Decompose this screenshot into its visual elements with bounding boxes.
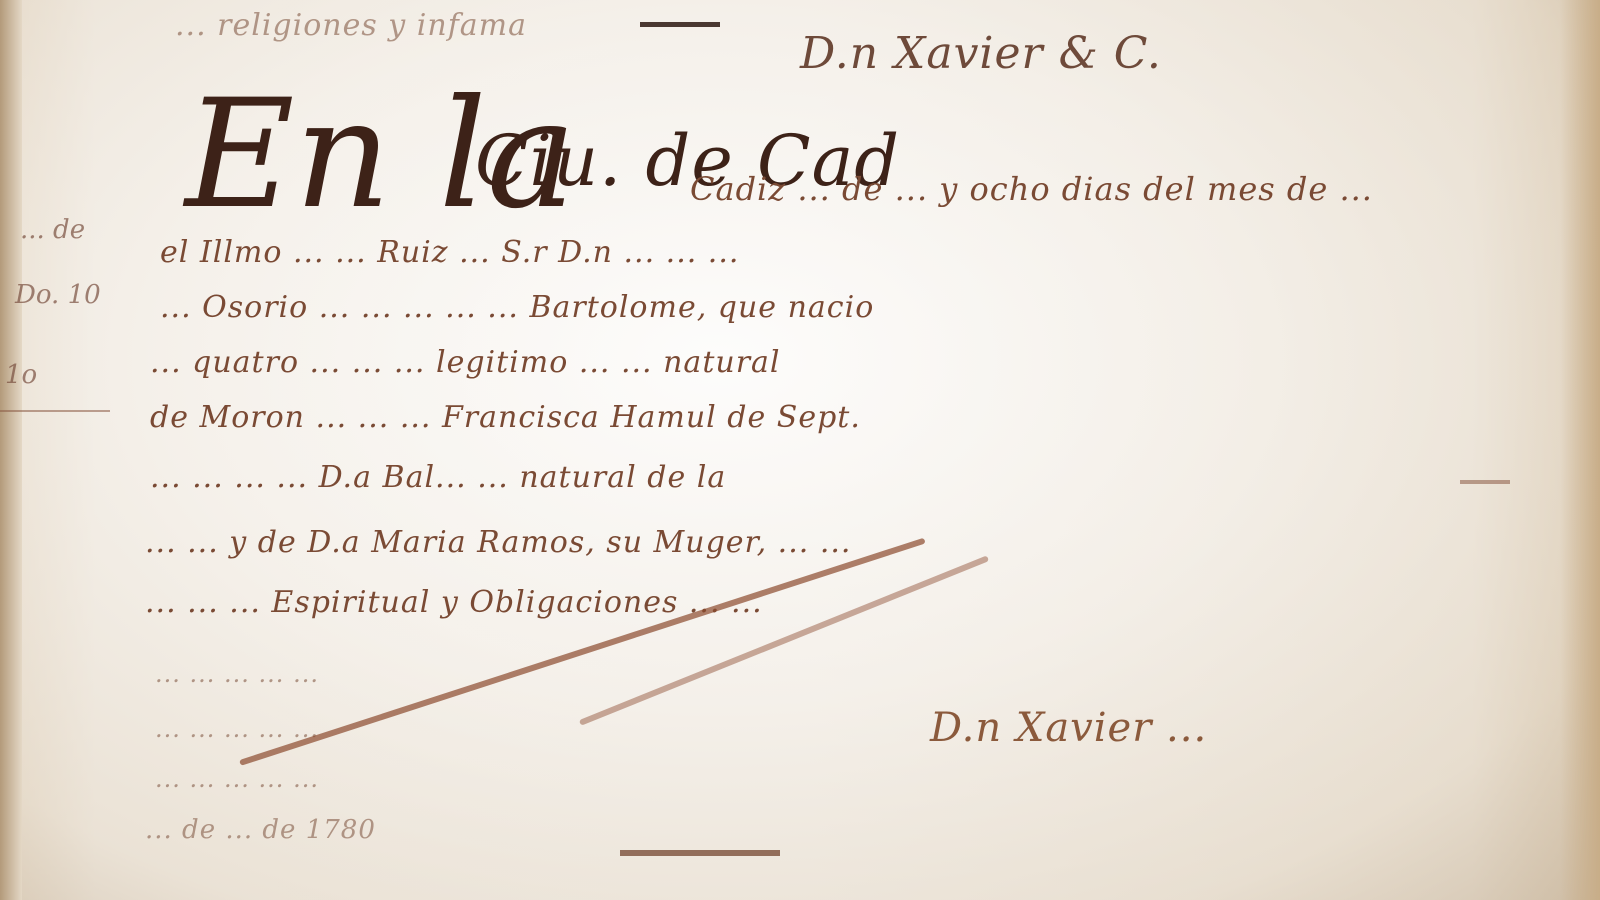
page-edge-left: [0, 0, 22, 900]
body-line: de Moron ... ... ... Francisca Hamul de …: [150, 400, 861, 435]
closing-date-line: ... de ... de 1780: [145, 815, 376, 845]
body-line: ... quatro ... ... ... legitimo ... ... …: [150, 345, 781, 380]
margin-note: ... de: [20, 215, 85, 245]
cancellation-stroke: [579, 555, 989, 725]
top-continuation-line: ... religiones y infama: [175, 8, 527, 43]
top-right-heading: D.n Xavier & C.: [800, 28, 1162, 79]
line-end-stroke: [1460, 480, 1510, 484]
closing-line: ... ... ... ... ...: [155, 715, 319, 743]
margin-note: Do. 10: [15, 280, 101, 310]
manuscript-page: ... religiones y infama D.n Xavier & C. …: [0, 0, 1600, 900]
body-line: ... ... ... Espiritual y Obligaciones ..…: [145, 585, 763, 620]
closing-line: ... ... ... ... ...: [155, 765, 319, 793]
body-line: ... ... y de D.a Maria Ramos, su Muger, …: [145, 525, 851, 560]
page-edge-right: [1560, 0, 1600, 900]
body-line: ... ... ... ... D.a Bal... ... natural d…: [150, 460, 726, 495]
signature: D.n Xavier ...: [930, 705, 1207, 751]
margin-note: 1o: [5, 360, 37, 390]
bottom-stroke: [620, 850, 780, 856]
body-line: el Illmo ... ... Ruiz ... S.r D.n ... ..…: [160, 235, 739, 270]
line-end-stroke: [640, 22, 720, 27]
closing-line: ... ... ... ... ...: [155, 660, 319, 688]
body-line: Cadiz ... de ... y ocho dias del mes de …: [690, 170, 1373, 208]
cancellation-stroke: [239, 538, 926, 766]
margin-rule: [0, 410, 110, 412]
body-line: ... Osorio ... ... ... ... ... Bartolome…: [160, 290, 874, 325]
